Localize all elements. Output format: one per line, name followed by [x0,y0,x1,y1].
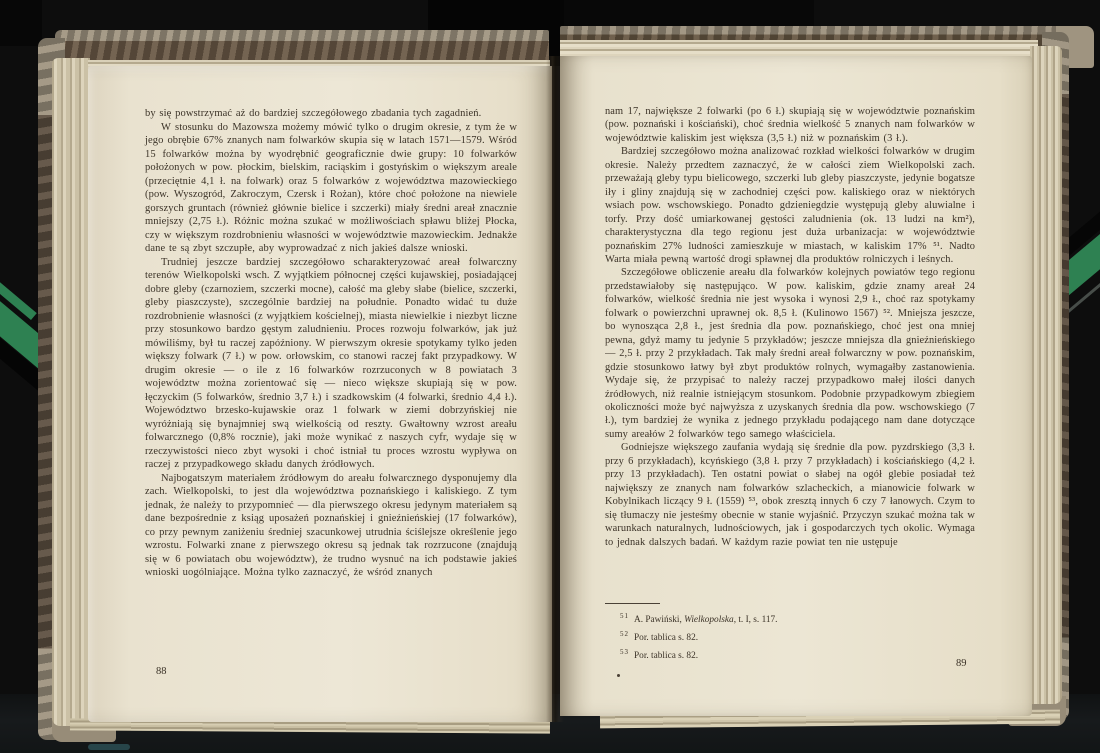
footnote-marker: 52 [620,630,629,638]
footnote-text-italic: Wielkopolska [684,615,734,625]
book-cover-edge-top-left [55,30,549,64]
book-page-right: nam 17, największe 2 folwarki (po 6 ł.) … [560,56,1032,716]
paragraph: Najbogatszym materiałem źródłowym do are… [145,472,517,580]
footnote-text: Por. tablica s. 82. [634,651,698,661]
paragraph: by się powstrzymać aż do bardziej szczeg… [145,107,517,121]
left-page-text-column: by się powstrzymać aż do bardziej szczeg… [145,107,517,580]
footnote: 53Por. tablica s. 82. [605,645,975,663]
book-page-left: by się powstrzymać aż do bardziej szczeg… [88,66,552,722]
ink-speck [617,674,620,677]
paragraph: Godniejsze większego zaufania wydają się… [605,441,975,549]
footnote-divider-rule [605,603,660,604]
footnote: 52Por. tablica s. 82. [605,627,975,645]
paragraph: Szczegółowe obliczenie areału dla folwar… [605,266,975,441]
scanner-shadow-patch [0,0,42,46]
page-stack-left-edge [52,58,90,726]
footnote: 51A. Pawiński, Wielkopolska, t. I, s. 11… [605,609,975,627]
teal-cable-strip [88,744,130,750]
page-stack-right-edge [1030,46,1062,704]
footnote-marker: 51 [620,612,629,620]
paragraph: nam 17, największe 2 folwarki (po 6 ł.) … [605,105,975,145]
footnote-text: , t. I, s. 117. [734,615,778,625]
page-number-right: 89 [956,658,967,669]
paragraph: Trudniej jeszcze bardziej szczegółowo sc… [145,256,517,472]
page-number-left: 88 [156,666,167,677]
footnote-marker: 53 [620,648,629,656]
paragraph: W stosunku do Mazowsza możemy mówić tylk… [145,121,517,256]
photo-background: by się powstrzymać aż do bardziej szczeg… [0,0,1100,753]
footnote-text: Por. tablica s. 82. [634,633,698,643]
right-page-text-column: nam 17, największe 2 folwarki (po 6 ł.) … [605,105,975,549]
footnote-text: A. Pawiński, [634,615,684,625]
footnotes: 51A. Pawiński, Wielkopolska, t. I, s. 11… [605,609,975,663]
paragraph: Bardziej szczegółowo można analizować ro… [605,145,975,266]
